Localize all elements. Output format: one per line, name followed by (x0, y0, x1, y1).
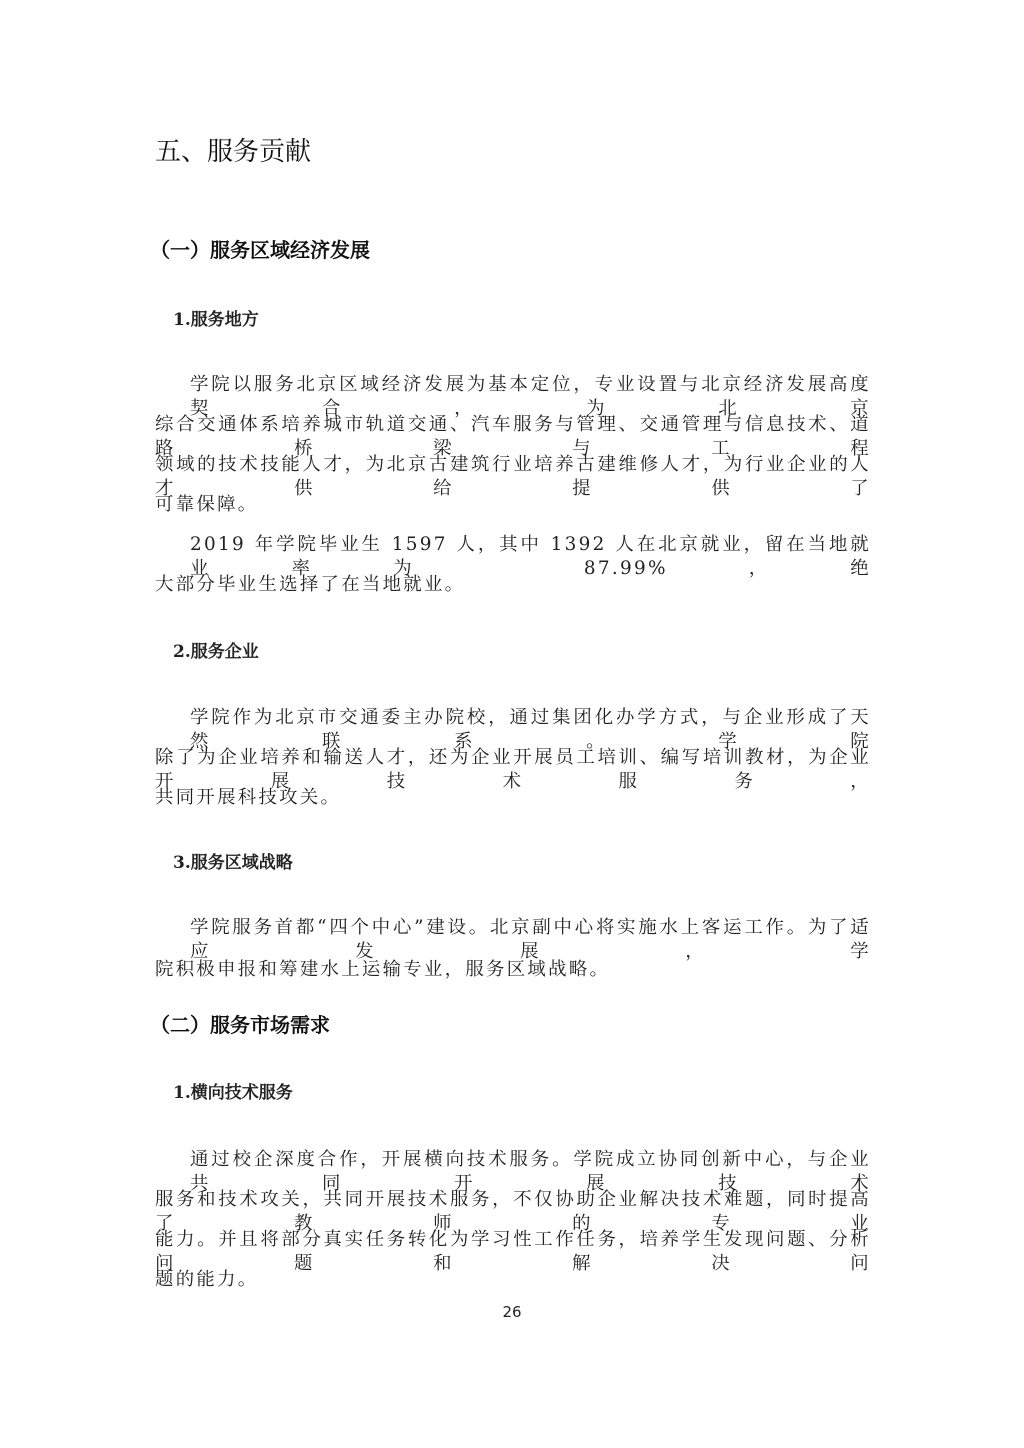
paragraph-line: 题的能力。 (155, 1268, 871, 1292)
page-number: 26 (0, 1302, 1024, 1322)
item-heading-regional-strategy: 3.服务区域战略 (173, 851, 293, 875)
item-heading-serve-locality: 1.服务地方 (173, 308, 259, 332)
paragraph-line: 学院服务首都“四个中心”建设。北京副中心将实施水上客运工作。为了适应发展，学 (190, 916, 871, 964)
paragraph-line: 共同开展科技攻关。 (155, 786, 871, 810)
item-heading-serve-enterprises: 2.服务企业 (173, 640, 259, 664)
item-heading-horizontal-tech-service: 1.横向技术服务 (173, 1081, 293, 1105)
paragraph-line: 可靠保障。 (155, 493, 871, 517)
paragraph-line: 院积极申报和筹建水上运输专业，服务区域战略。 (155, 958, 871, 982)
section-title: 五、服务贡献 (155, 136, 311, 168)
subsection-heading-market-demand: （二）服务市场需求 (150, 1012, 330, 1038)
subsection-heading-regional-economy: （一）服务区域经济发展 (150, 237, 370, 263)
document-page: 五、服务贡献 （一）服务区域经济发展 1.服务地方 学院以服务北京区域经济发展为… (0, 0, 1024, 1448)
paragraph-line: 大部分毕业生选择了在当地就业。 (155, 573, 871, 597)
